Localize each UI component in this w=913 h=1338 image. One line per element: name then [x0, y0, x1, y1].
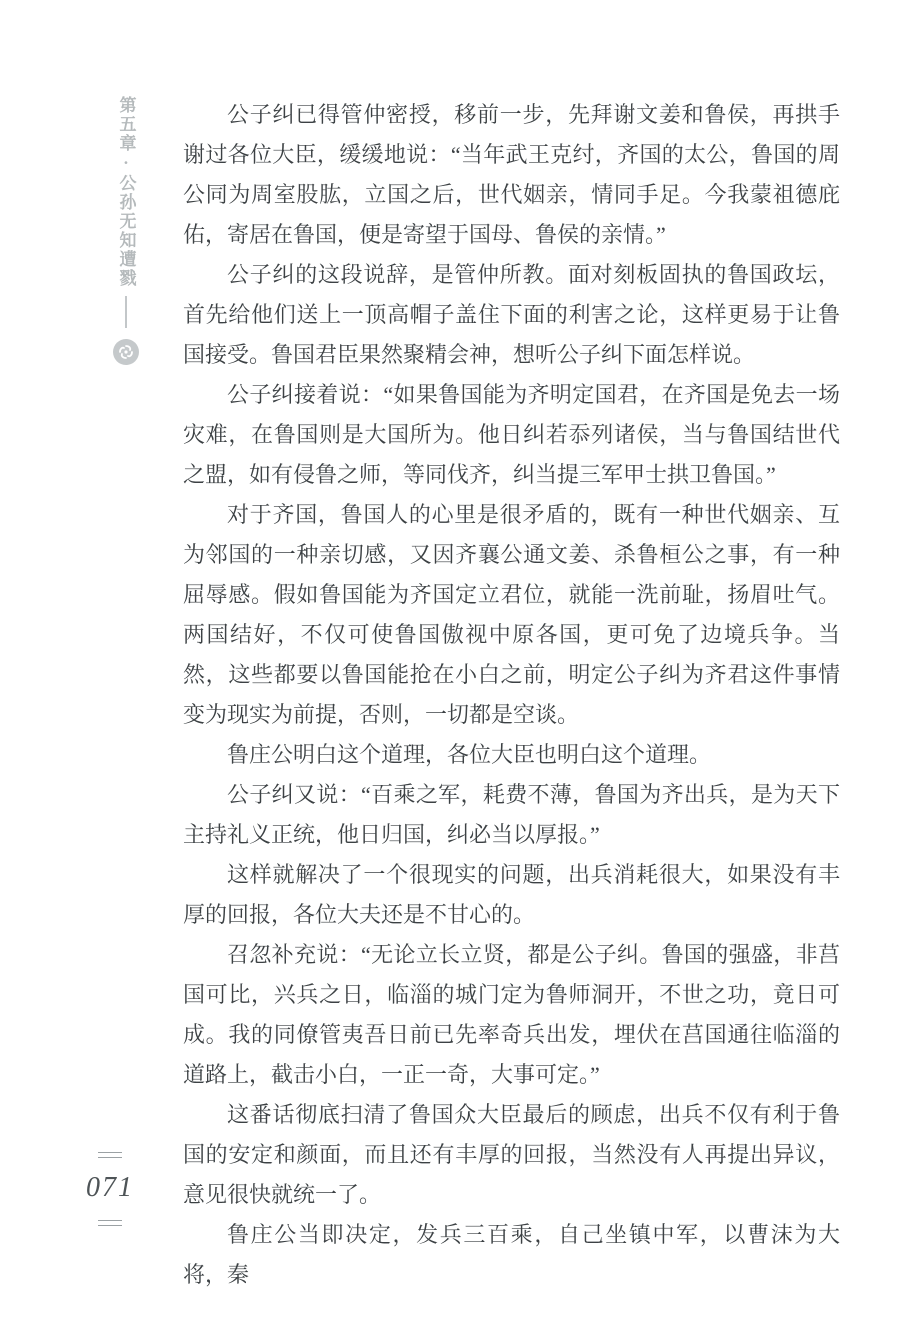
cloud-seal-icon [112, 338, 140, 366]
paragraph: 鲁庄公明白这个道理，各位大臣也明白这个道理。 [183, 735, 840, 775]
paragraph: 这样就解决了一个很现实的问题，出兵消耗很大，如果没有丰厚的回报，各位大夫还是不甘… [183, 855, 840, 935]
paragraph: 对于齐国，鲁国人的心里是很矛盾的，既有一种世代姻亲、互为邻国的一种亲切感，又因齐… [183, 495, 840, 735]
paragraph: 鲁庄公当即决定，发兵三百乘，自己坐镇中军，以曹沫为大将，秦 [183, 1215, 840, 1295]
double-rule-top [98, 1152, 122, 1158]
paragraph: 召忽补充说：“无论立长立贤，都是公子纠。鲁国的强盛，非莒国可比，兴兵之日，临淄的… [183, 935, 840, 1095]
paragraph: 公子纠已得管仲密授，移前一步，先拜谢文姜和鲁侯，再拱手谢过各位大臣，缓缓地说：“… [183, 95, 840, 255]
paragraph: 公子纠接着说：“如果鲁国能为齐明定国君，在齐国是免去一场灾难，在鲁国则是大国所为… [183, 375, 840, 495]
page-number: 071 [86, 1174, 134, 1202]
paragraph: 公子纠又说：“百乘之军，耗费不薄，鲁国为齐出兵，是为天下主持礼义正统，他日归国，… [183, 775, 840, 855]
double-rule-bottom [98, 1220, 122, 1226]
chapter-title-vertical: 第五章·公孙无知遭戮 [118, 96, 135, 288]
chapter-title-dash [125, 296, 127, 328]
paragraph: 公子纠的这段说辞，是管仲所教。面对刻板固执的鲁国政坛，首先给他们送上一顶高帽子盖… [183, 255, 840, 375]
page-number-block: 071 [86, 1152, 134, 1226]
paragraph: 这番话彻底扫清了鲁国众大臣最后的顾虑，出兵不仅有利于鲁国的安定和颜面，而且还有丰… [183, 1095, 840, 1215]
body-text: 公子纠已得管仲密授，移前一步，先拜谢文姜和鲁侯，再拱手谢过各位大臣，缓缓地说：“… [183, 95, 840, 1295]
chapter-sidebar: 第五章·公孙无知遭戮 [103, 96, 149, 366]
book-page: 第五章·公孙无知遭戮 071 公子纠已得管仲密授，移前一步，先拜谢文姜和鲁侯，再… [0, 0, 913, 1338]
